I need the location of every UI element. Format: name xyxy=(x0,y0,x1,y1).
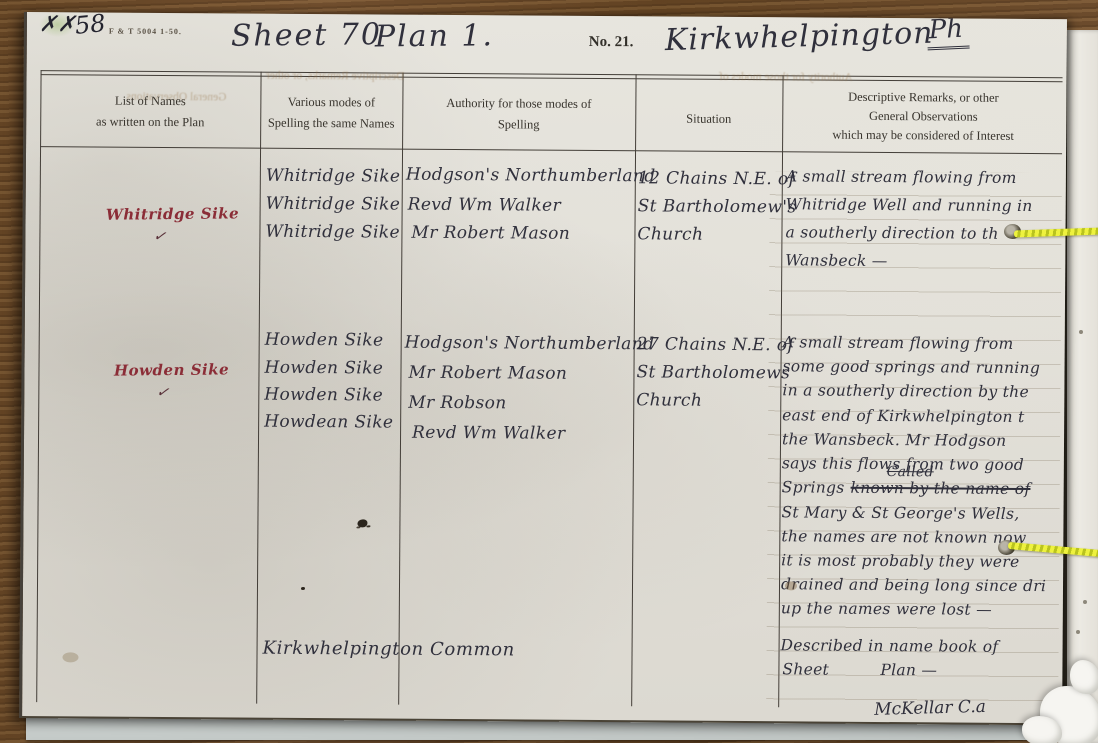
situation-line: St Bartholomews xyxy=(636,362,790,383)
column-header-authority: Authority for those modes of Spelling xyxy=(402,93,635,137)
header-line: as written on the Plan xyxy=(40,111,260,134)
spelling-line: Howdean Sike xyxy=(264,412,393,433)
situation-line: 12 Chains N.E. of xyxy=(638,168,796,189)
remark-line: Wansbeck — xyxy=(785,251,887,270)
header-line: General Observations xyxy=(782,106,1064,127)
authority-line: Revd Wm Walker xyxy=(412,423,566,444)
remark-line: A small stream flowing from xyxy=(783,333,1014,353)
remark-line: the names are not known now xyxy=(781,527,1026,547)
spelling-line: Howden Sike xyxy=(264,385,383,406)
sheet-title: Sheet 70 xyxy=(231,17,383,54)
authority-line: Mr Robert Mason xyxy=(411,223,570,244)
remark-line: Plan — xyxy=(880,661,937,679)
remark-line: some good springs and running xyxy=(782,357,1040,377)
plan-title: Plan 1. xyxy=(375,18,495,54)
bleed-through-text: Descriptive Remarks, or other xyxy=(255,70,405,83)
photographed-name-book-page: { "page": { "crossed_mark": "✗✗", "folio… xyxy=(0,0,1098,743)
authority-line: Revd Wm Walker xyxy=(408,195,562,216)
paper-stain xyxy=(62,652,78,662)
remark-line: Whitridge Well and running in xyxy=(786,195,1033,215)
header-line: Various modes of xyxy=(260,92,402,114)
authority-line: Mr Robert Mason xyxy=(408,363,567,384)
remark-line: a southerly direction to th xyxy=(785,223,998,242)
remark-line: in a southerly direction by the xyxy=(782,381,1029,401)
header-line: Situation xyxy=(635,108,782,130)
header-bottom-rule xyxy=(40,146,1062,154)
table-left-border xyxy=(36,70,42,702)
paper-speck xyxy=(1083,600,1087,604)
situation-line: 27 Chains N.E. of xyxy=(637,334,795,355)
header-line: Descriptive Remarks, or other xyxy=(782,87,1064,108)
paper-speck xyxy=(1076,630,1080,634)
remark-line: up the names were lost — xyxy=(781,599,992,618)
ink-speck xyxy=(301,587,305,590)
parish-title: Kirkwhelpington xyxy=(664,16,934,58)
name-entry-howden-sike: Howden Sike xyxy=(88,360,254,380)
situation-line: Church xyxy=(637,224,703,244)
name-entry-whitridge-sike: Whitridge Sike xyxy=(90,204,256,224)
column-divider-1 xyxy=(256,72,262,704)
header-line: List of Names xyxy=(40,90,260,113)
remark-line: drained and being long since dri xyxy=(781,575,1046,595)
examiner-signature: McKellar C.a xyxy=(874,697,986,720)
number-label: No. 21. xyxy=(589,34,634,51)
paper-stain xyxy=(785,581,797,590)
situation-line: St Bartholomew's xyxy=(638,196,797,217)
remark-line: A small stream flowing from xyxy=(786,167,1017,187)
spelling-line: Whitridge Sike xyxy=(265,222,400,243)
spelling-line: Howden Sike xyxy=(265,330,384,351)
right-page-stack-edge xyxy=(1067,30,1098,743)
header-line: which may be considered of Interest xyxy=(782,125,1064,146)
check-mark: ✓ xyxy=(155,382,170,402)
spelling-line: Whitridge Sike xyxy=(266,194,401,215)
name-book-page: ✗✗ 58 F & T 5004 1-50. Sheet 70 Plan 1. … xyxy=(19,12,1067,725)
folio-number: 58 xyxy=(74,12,107,40)
authority-line: Mr Robson xyxy=(408,393,507,414)
spelling-line: Howden Sike xyxy=(264,358,383,379)
remark-line: the Wansbeck. Mr Hodgson xyxy=(782,430,1007,450)
name-entry-kirkwhelpington-common: Kirkwhelpington Common xyxy=(262,638,514,661)
spelling-line: Whitridge Sike xyxy=(266,166,401,187)
check-mark: ✓ xyxy=(152,226,167,246)
crossed-out-mark: ✗✗ xyxy=(39,12,76,37)
column-header-names: List of Names as written on the Plan xyxy=(40,90,260,134)
header-line: Authority for those modes of xyxy=(402,93,635,116)
remark-line: it is most probably they were xyxy=(781,551,1019,571)
remark-line-with-correction: Springsknown by the name ofCalled xyxy=(782,478,1031,498)
paper-speck xyxy=(1079,330,1083,334)
remark-line: Described in name book of xyxy=(781,636,999,656)
column-header-spelling-modes: Various modes of Spelling the same Names xyxy=(260,92,402,135)
authority-line: Hodgson's Northumberland xyxy=(405,333,655,355)
remark-text: Springs xyxy=(782,478,845,496)
header-line: Spelling xyxy=(402,114,635,137)
inserted-correction: Called xyxy=(887,464,934,480)
situation-line: Church xyxy=(636,390,702,410)
remark-line: east end of Kirkwhelpington t xyxy=(782,406,1025,426)
header-line: Spelling the same Names xyxy=(260,113,402,135)
remark-line: Sheet xyxy=(782,660,829,678)
printed-form-code: F & T 5004 1-50. xyxy=(109,27,182,37)
column-header-situation: Situation xyxy=(635,108,782,130)
struck-out-text: known by the name of xyxy=(851,479,1031,498)
ink-blot xyxy=(357,519,367,527)
bleed-through-text: Authority for those modes of xyxy=(643,70,853,83)
authority-line: Hodgson's Northumberland xyxy=(406,165,656,187)
column-header-remarks: Descriptive Remarks, or other General Ob… xyxy=(782,87,1064,146)
remark-line: St Mary & St George's Wells, xyxy=(781,503,1019,523)
crumpled-tissue xyxy=(1070,660,1098,694)
parish-suffix: Ph xyxy=(926,14,970,51)
